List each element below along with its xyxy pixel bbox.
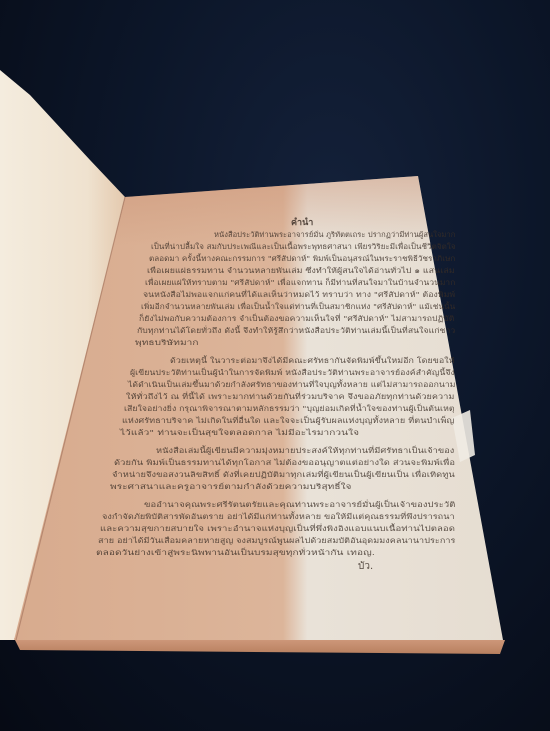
text-line: หนังสือเล่มนี้ผู้เขียนมีความมุ่งหมายประส… (156, 446, 454, 457)
text-line: จงกำจัดภัยพิบัติสารพัดอันตราย อย่าได้มีแ… (102, 512, 455, 523)
text-line: จนหนังสือไม่พอแจกแก่คนที่ได้แลเห็นว่าหมด… (143, 290, 455, 301)
text-line: แห่งศรัทธาบริจาค ไม่เกิดในที่อื่นใด และใ… (122, 416, 454, 427)
text-line: และความสุขกายสบายใจ เพราะอำนาจแห่งบุญเป็… (100, 524, 455, 535)
text-line: พุทธบริษัทมาก (135, 338, 199, 349)
text-line: เพื่อเผยแผ่ธรรมทาน จำนวนหลายพันเล่ม ซึ่ง… (147, 266, 455, 277)
text-line: ก็ยังไม่พอกับความต้องการ จำเป็นต้องขอควา… (139, 314, 454, 325)
preface-text: คำนำ หนังสือประวัติท่านพระอาจารย์มั่น ภู… (0, 0, 550, 731)
author-signature: บัว. (358, 559, 373, 574)
text-line: กับทุกท่านได้โดยทั่วถึง ดังนี้ จึงทำให้ร… (137, 326, 455, 337)
text-line: เพิ่มอีกจำนวนหลายพันเล่ม เพื่อเป็นน้ำใจแ… (141, 302, 455, 313)
text-line: พระศาสนาและครูอาจารย์ตามกำลังด้วยความบริ… (110, 482, 352, 493)
text-line: ตลอดมา ครั้งนี้ทางคณะกรรมการ "ศรีสัปดาห์… (149, 254, 455, 265)
text-line: สาย อย่าได้มีวันเสื่อมคลายหายสูญ จงสมบูร… (98, 536, 455, 547)
text-line: จำหน่ายจึงขอสงวนลิขสิทธิ์ ดังที่เคยปฏิบั… (112, 470, 455, 481)
text-line: ให้ทั่วถึงไว้ ณ ที่นี้ได้ เพราะมากท่านด้… (126, 392, 454, 403)
text-line: เสียใจอย่างยิ่ง กรุณาพิจารณาตามหลักธรรมว… (124, 404, 455, 415)
text-line: ได้ดำเนินเป็นเล่มขึ้นมาด้วยกำลังศรัทธาขอ… (128, 380, 456, 391)
text-line: ผู้เขียนประวัติท่านเป็นผู้นำในการจัดพิมพ… (130, 368, 455, 379)
text-line: ด้วยกัน พิมพ์เป็นธรรมทานได้ทุกโอกาส ไม่ต… (114, 458, 455, 469)
text-line: ขออำนาจคุณพระศรีรัตนตรัยและคุณท่านพระอาจ… (144, 500, 455, 511)
text-line: หนังสือประวัติท่านพระอาจารย์มั่น ภูริทัต… (214, 230, 455, 241)
page-title: คำนำ (291, 215, 313, 229)
text-line: เพื่อเผยแผ่ให้ทราบตาม "ศรีสัปดาห์" เพื่อ… (145, 278, 455, 289)
text-line: ไว้แล้ว" ท่านจะเป็นสุขใจตลอดกาล ไม่มีอะไ… (120, 428, 359, 439)
text-line: ตลอดวันย่างเข้าสู่พระนิพพานอันเป็นบรมสุข… (96, 548, 375, 559)
text-line: เป็นที่น่าปลื้มใจ สมกับประเพณีและเป็นเนื… (151, 242, 456, 253)
text-line: ด้วยเหตุนี้ ในวาระต่อมาจึงได้มีคณะศรัทธา… (170, 356, 455, 367)
